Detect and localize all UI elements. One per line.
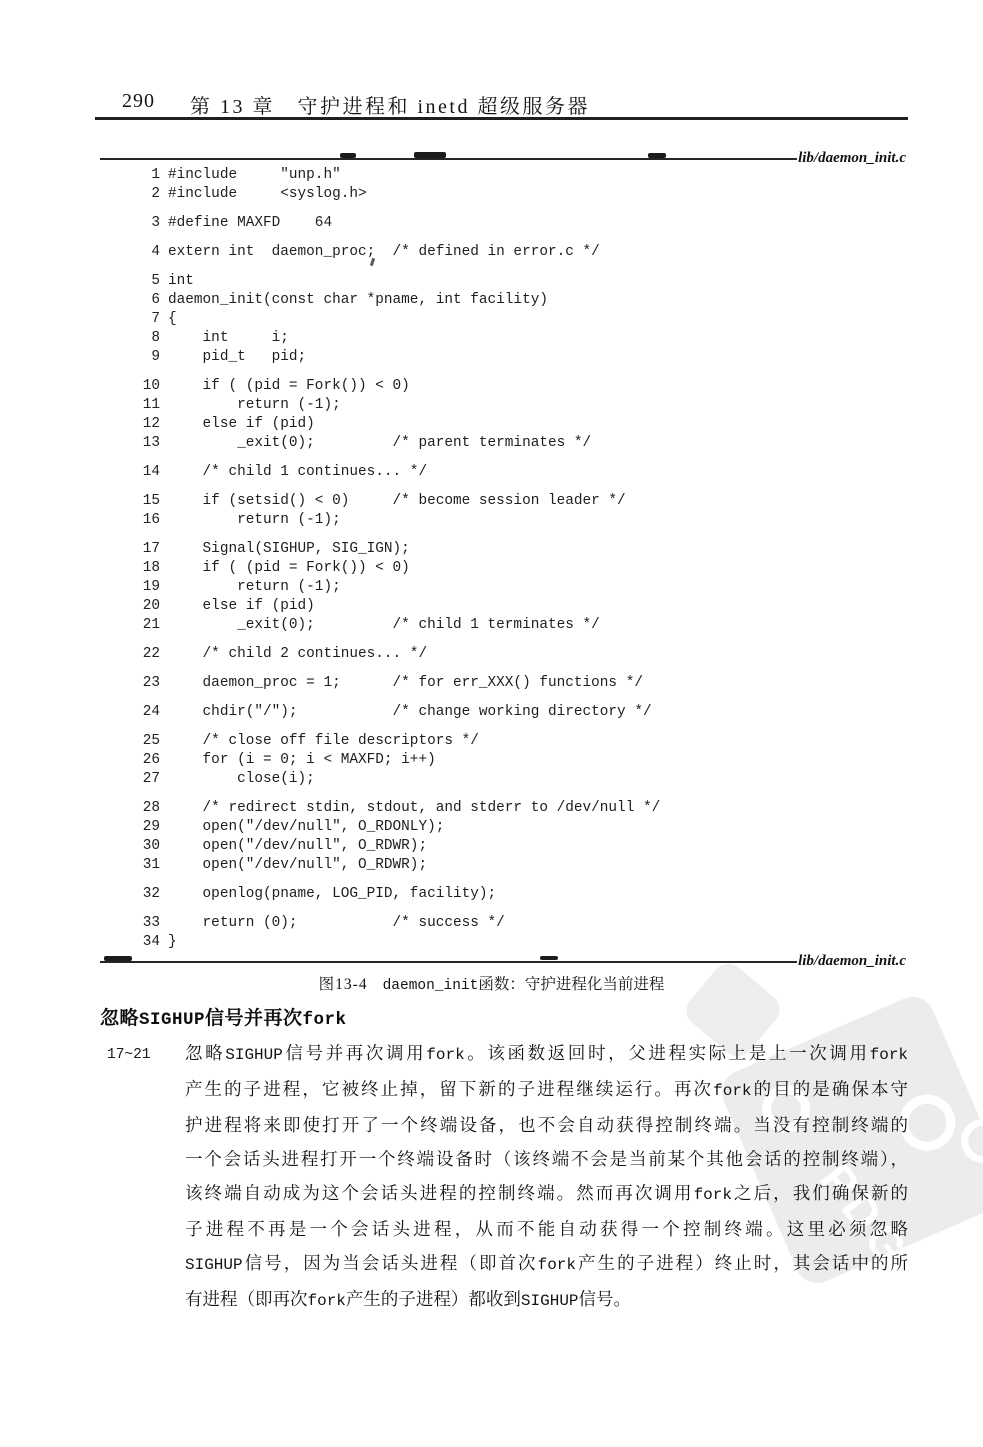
code-line: 26 for (i = 0; i < MAXFD; i++)	[0, 751, 660, 770]
code-line: 20 else if (pid)	[0, 597, 660, 616]
line-number: 26	[0, 751, 160, 770]
line-number: 10	[0, 377, 160, 396]
line-number: 3	[0, 214, 160, 233]
line-number: 7	[0, 310, 160, 329]
code-line: 17 Signal(SIGHUP, SIG_IGN);	[0, 540, 660, 559]
code-text: for (i = 0; i < MAXFD; i++)	[160, 751, 436, 770]
text-run: 信号并再次	[205, 1008, 303, 1029]
text-run: 信号，因为当会话头进程（即首次	[243, 1253, 538, 1273]
source-file-label: lib/daemon_init.c	[797, 150, 906, 167]
paragraph-line: 子进程不再是一个会话头进程，从而不能自动获得一个控制终端。这里必须忽略	[185, 1212, 908, 1246]
inline-code: fork	[713, 1082, 751, 1100]
code-text: _exit(0); /* parent terminates */	[160, 434, 591, 453]
code-line: 11 return (-1);	[0, 396, 660, 415]
code-line: 22 /* child 2 continues... */	[0, 645, 660, 664]
line-number: 4	[0, 243, 160, 262]
line-number: 12	[0, 415, 160, 434]
code-text: return (-1);	[160, 396, 341, 415]
text-run: 有进程（即再次	[185, 1289, 308, 1309]
code-line: 33 return (0); /* success */	[0, 914, 660, 933]
line-number: 5	[0, 272, 160, 291]
line-number: 9	[0, 348, 160, 367]
page-number: 290	[122, 90, 190, 119]
inline-code: SIGHUP	[185, 1256, 243, 1274]
code-line: 6daemon_init(const char *pname, int faci…	[0, 291, 660, 310]
inline-code: fork	[303, 1010, 347, 1030]
code-line: 4extern int daemon_proc; /* defined in e…	[0, 243, 660, 262]
code-text: Signal(SIGHUP, SIG_IGN);	[160, 540, 410, 559]
text-run: 该终端自动成为这个会话头进程的控制终端。然而再次调用	[185, 1183, 694, 1203]
paragraph-line: 该终端自动成为这个会话头进程的控制终端。然而再次调用fork之后，我们确保新的	[185, 1176, 908, 1212]
text-run: 忽略	[185, 1043, 225, 1063]
code-line: 31 open("/dev/null", O_RDWR);	[0, 856, 660, 875]
paragraph-line: 有进程（即再次fork产生的子进程）都收到SIGHUP信号。	[185, 1282, 908, 1318]
code-text: #include <syslog.h>	[160, 185, 367, 204]
line-number: 8	[0, 329, 160, 348]
code-line: 5int	[0, 272, 660, 291]
inline-code: fork	[308, 1292, 346, 1310]
section-heading: 忽略SIGHUP信号并再次fork	[100, 1003, 347, 1030]
code-text: if ( (pid = Fork()) < 0)	[160, 559, 410, 578]
code-line: 15 if (setsid() < 0) /* become session l…	[0, 492, 660, 511]
line-number: 18	[0, 559, 160, 578]
listing-bottom-rule: lib/daemon_init.c	[100, 953, 906, 970]
code-text: /* close off file descriptors */	[160, 732, 479, 751]
code-text: daemon_init(const char *pname, int facil…	[160, 291, 548, 310]
line-number: 23	[0, 674, 160, 693]
code-line: 25 /* close off file descriptors */	[0, 732, 660, 751]
line-number: 28	[0, 799, 160, 818]
line-number: 25	[0, 732, 160, 751]
inline-code: fork	[426, 1046, 464, 1064]
code-line: 34}	[0, 933, 660, 952]
line-number: 16	[0, 511, 160, 530]
code-text: /* child 2 continues... */	[160, 645, 427, 664]
code-text: if ( (pid = Fork()) < 0)	[160, 377, 410, 396]
code-text: #define MAXFD 64	[160, 214, 332, 233]
code-text: int i;	[160, 329, 289, 348]
line-range-label: 17~21	[107, 1047, 151, 1063]
text-run: 产生的子进程）都收到	[346, 1289, 521, 1309]
inline-code: SIGHUP	[225, 1046, 283, 1064]
code-text: int	[160, 272, 194, 291]
code-text: _exit(0); /* child 1 terminates */	[160, 616, 600, 635]
code-text: /* child 1 continues... */	[160, 463, 427, 482]
paragraph-line: 忽略SIGHUP信号并再次调用fork。该函数返回时，父进程实际上是上一次调用f…	[185, 1036, 908, 1072]
text-run: 的目的是确保本守	[752, 1079, 908, 1099]
listing-top-rule: lib/daemon_init.c	[100, 150, 906, 167]
figure-caption-code: daemon_init	[383, 978, 479, 994]
line-number: 20	[0, 597, 160, 616]
text-run: 忽略	[100, 1008, 139, 1029]
code-line: 19 return (-1);	[0, 578, 660, 597]
code-line: 10 if ( (pid = Fork()) < 0)	[0, 377, 660, 396]
line-number: 21	[0, 616, 160, 635]
line-number: 17	[0, 540, 160, 559]
code-line: 7{	[0, 310, 660, 329]
scan-artifact	[340, 153, 356, 158]
line-number: 34	[0, 933, 160, 952]
code-text: return (-1);	[160, 578, 341, 597]
code-text: #include "unp.h"	[160, 166, 341, 185]
code-text: /* redirect stdin, stdout, and stderr to…	[160, 799, 660, 818]
figure-caption: 图13-4daemon_init函数：守护进程化当前进程	[0, 972, 983, 994]
code-line: 9 pid_t pid;	[0, 348, 660, 367]
inline-code: fork	[694, 1186, 732, 1204]
code-line: 13 _exit(0); /* parent terminates */	[0, 434, 660, 453]
code-line: 14 /* child 1 continues... */	[0, 463, 660, 482]
page-header: 290 第 13 章 守护进程和 inetd 超级服务器	[122, 90, 590, 119]
code-line: 29 open("/dev/null", O_RDONLY);	[0, 818, 660, 837]
line-number: 24	[0, 703, 160, 722]
line-number: 14	[0, 463, 160, 482]
inline-code: SIGHUP	[139, 1010, 205, 1030]
figure-number: 图13-4	[319, 976, 368, 993]
code-text: open("/dev/null", O_RDWR);	[160, 837, 427, 856]
inline-code: fork	[870, 1046, 908, 1064]
paragraph-line: 一个会话头进程打开一个终端设备时（该终端不会是当前某个其他会话的控制终端），	[185, 1142, 908, 1176]
code-text: return (0); /* success */	[160, 914, 505, 933]
code-text: open("/dev/null", O_RDONLY);	[160, 818, 444, 837]
code-text: if (setsid() < 0) /* become session lead…	[160, 492, 626, 511]
inline-code: SIGHUP	[521, 1292, 579, 1310]
code-text: chdir("/"); /* change working directory …	[160, 703, 652, 722]
code-text: close(i);	[160, 770, 315, 789]
code-text: extern int daemon_proc; /* defined in er…	[160, 243, 600, 262]
scan-artifact	[414, 152, 446, 158]
code-line: 30 open("/dev/null", O_RDWR);	[0, 837, 660, 856]
paragraph-text: 忽略SIGHUP信号并再次调用fork。该函数返回时，父进程实际上是上一次调用f…	[185, 1036, 908, 1318]
chapter-title: 第 13 章 守护进程和 inetd 超级服务器	[190, 90, 590, 119]
line-number: 32	[0, 885, 160, 904]
code-line: 12 else if (pid)	[0, 415, 660, 434]
line-number: 33	[0, 914, 160, 933]
inline-code: fork	[538, 1256, 576, 1274]
code-line: 27 close(i);	[0, 770, 660, 789]
text-run: 之后，我们确保新的	[732, 1183, 908, 1203]
text-run: 。该函数返回时，父进程实际上是上一次调用	[465, 1043, 870, 1063]
code-listing: 1#include "unp.h"2#include <syslog.h>3#d…	[0, 166, 660, 952]
scan-artifact	[648, 153, 666, 158]
line-number: 19	[0, 578, 160, 597]
text-run: 信号。	[579, 1289, 632, 1309]
line-number: 13	[0, 434, 160, 453]
line-number: 30	[0, 837, 160, 856]
code-line: 1#include "unp.h"	[0, 166, 660, 185]
line-number: 31	[0, 856, 160, 875]
code-text: openlog(pname, LOG_PID, facility);	[160, 885, 496, 904]
text-run: 子进程不再是一个会话头进程，从而不能自动获得一个控制终端。这里必须忽略	[185, 1219, 908, 1239]
line-number: 1	[0, 166, 160, 185]
code-line: 24 chdir("/"); /* change working directo…	[0, 703, 660, 722]
text-run: 产生的子进程）终止时，其会话中的所	[576, 1253, 908, 1273]
code-text: }	[160, 933, 177, 952]
line-number: 11	[0, 396, 160, 415]
code-text: return (-1);	[160, 511, 341, 530]
text-run: 产生的子进程，它被终止掉，留下新的子进程继续运行。再次	[185, 1079, 713, 1099]
code-line: 3#define MAXFD 64	[0, 214, 660, 233]
code-text: {	[160, 310, 177, 329]
code-text: else if (pid)	[160, 415, 315, 434]
text-run: 护进程将来即使打开了一个终端设备，也不会自动获得控制终端。当没有控制终端的	[185, 1115, 908, 1135]
code-text: else if (pid)	[160, 597, 315, 616]
watermark-ring-icon	[954, 1112, 983, 1170]
code-text: daemon_proc = 1; /* for err_XXX() functi…	[160, 674, 643, 693]
code-line: 28 /* redirect stdin, stdout, and stderr…	[0, 799, 660, 818]
line-number: 6	[0, 291, 160, 310]
book-page: PDG 290 第 13 章 守护进程和 inetd 超级服务器 lib/dae…	[0, 0, 983, 1447]
source-file-label: lib/daemon_init.c	[797, 953, 906, 970]
scan-artifact	[104, 956, 132, 961]
code-text: pid_t pid;	[160, 348, 306, 367]
code-line: 2#include <syslog.h>	[0, 185, 660, 204]
line-number: 15	[0, 492, 160, 511]
line-number: 27	[0, 770, 160, 789]
figure-caption-text: 函数：守护进程化当前进程	[478, 976, 664, 993]
paragraph-line: SIGHUP信号，因为当会话头进程（即首次fork产生的子进程）终止时，其会话中…	[185, 1246, 908, 1282]
paragraph-line: 护进程将来即使打开了一个终端设备，也不会自动获得控制终端。当没有控制终端的	[185, 1108, 908, 1142]
code-line: 23 daemon_proc = 1; /* for err_XXX() fun…	[0, 674, 660, 693]
line-number: 22	[0, 645, 160, 664]
rule-line	[100, 961, 797, 963]
code-line: 21 _exit(0); /* child 1 terminates */	[0, 616, 660, 635]
text-run: 一个会话头进程打开一个终端设备时（该终端不会是当前某个其他会话的控制终端），	[185, 1149, 908, 1169]
paragraph-line: 产生的子进程，它被终止掉，留下新的子进程继续运行。再次fork的目的是确保本守	[185, 1072, 908, 1108]
code-line: 8 int i;	[0, 329, 660, 348]
code-line: 18 if ( (pid = Fork()) < 0)	[0, 559, 660, 578]
scan-artifact	[540, 956, 558, 960]
line-number: 2	[0, 185, 160, 204]
code-line: 32 openlog(pname, LOG_PID, facility);	[0, 885, 660, 904]
text-run: 信号并再次调用	[283, 1043, 426, 1063]
header-rule	[95, 117, 908, 120]
code-line: 16 return (-1);	[0, 511, 660, 530]
line-number: 29	[0, 818, 160, 837]
rule-line	[100, 158, 797, 160]
code-text: open("/dev/null", O_RDWR);	[160, 856, 427, 875]
